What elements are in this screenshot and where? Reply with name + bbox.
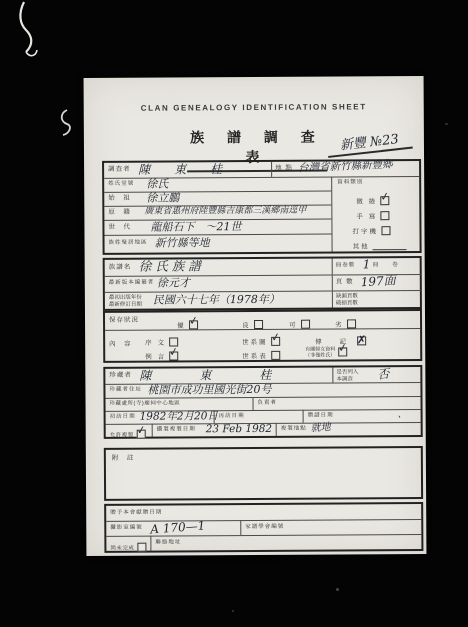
studio-number-label: 攝影室編號 <box>110 526 143 532</box>
women-data-line2: （非僅姓氏） <box>305 352 335 358</box>
checkbox <box>254 320 263 329</box>
checkbox <box>137 543 146 552</box>
other-fill-line <box>373 242 407 250</box>
scan-dot <box>445 123 448 125</box>
ancestor-value: 徐立鵬 <box>146 192 179 203</box>
row-publication-year: 最初出版年份 最新修訂日期 民國六十七年（1978年） <box>105 291 332 309</box>
material-other-option: 其他 <box>353 237 407 255</box>
content-lineage-chart-label: 世系圖 <box>242 339 268 346</box>
row-contents: 內 容 序 文 世系圖✓ 傳 記✗ 例 言✓ 世系表 有關婦女資料 （非僅姓氏）… <box>105 328 420 361</box>
compiler-label: 最新版本編纂者 <box>109 281 155 287</box>
checkbox: ✓ <box>137 430 146 439</box>
checkbox <box>271 351 280 360</box>
checkbox: ✓ <box>380 196 389 205</box>
checkbox: ✗ <box>357 337 366 346</box>
material-type-header: 資料類別 <box>337 180 363 186</box>
scanned-page: { "colors": { "background": "#040404", "… <box>0 0 468 627</box>
listed-label: 是否列入 本調查 <box>336 369 358 382</box>
material-type-panel: 資料類別 微 捲✓ 手 寫 打字機 其他 <box>331 176 420 252</box>
revisit-label: 再訪日期 <box>219 414 245 420</box>
checkmark: ✓ <box>136 423 147 437</box>
film-place-label: 複製地點 <box>281 427 307 433</box>
row-filming: 允許複製✓ 攝製複製日期 23 Feb 1982 複製地點 就地 <box>106 422 421 437</box>
manager-label: 負責者 <box>258 401 278 407</box>
generations-value: 龍船石下 ～21世 <box>150 221 241 233</box>
studio-number-value: A 170—1 <box>150 519 206 535</box>
section-identification: 調查者 陳 東 桂 地 點 台灣省新竹縣新豐鄉 姓氏堂號 徐氏 始 祖 徐立鵬 … <box>102 159 422 255</box>
missing-pages-label: 缺漏頁數 破損頁數 <box>336 293 358 306</box>
checkmark: ✓ <box>379 190 390 204</box>
checkbox <box>381 226 390 235</box>
premises-label: 珍藏處所(寺)廟祠中心地區 <box>110 401 181 407</box>
genealogy-title-label: 族譜名 <box>109 265 132 272</box>
pages-label: 頁 數 <box>336 279 354 286</box>
checkmark: ✓ <box>168 345 179 359</box>
material-other-label: 其他 <box>353 244 370 251</box>
origin-label: 原 籍 <box>108 210 131 217</box>
content-lineage-table-label: 世系表 <box>242 353 268 360</box>
surveyor-label: 調查者 <box>108 167 131 174</box>
section-condition-contents: 保存狀況 優✓ 良 可 劣 內 容 序 文 世系圖✓ 傳 記✗ <box>103 309 422 363</box>
scan-dot <box>232 610 234 612</box>
section-notes: 附 註 <box>104 446 423 501</box>
checkbox <box>347 320 356 329</box>
pubyear-label-line1: 最初出版年份 <box>109 295 142 302</box>
missing-label-line2: 破損頁數 <box>336 300 358 307</box>
volumes-suffix: 冊 卷 <box>373 263 399 269</box>
place-value: 台灣省新竹縣新豐鄉 <box>298 160 393 174</box>
checkbox <box>380 211 389 220</box>
permission-option: 允許複製✓ <box>110 426 146 444</box>
incomplete-label: 尚未完成 <box>110 546 134 552</box>
pubyear-value: 民國六十七年（1978年） <box>153 294 280 306</box>
generations-label: 世 代 <box>108 225 131 232</box>
clan-area-label: 族姓聚居地區 <box>109 241 148 247</box>
first-visit-value: 1982年2月20日 <box>140 411 218 422</box>
checkbox: ✓ <box>271 337 280 346</box>
listed-label-line1: 是否列入 <box>336 369 358 376</box>
holder-value: 陳 東 桂 <box>139 369 279 382</box>
origin-value: 廣東省惠州府陸豐縣吉康都三溪鄉南逕甲 <box>144 207 306 217</box>
row-missing-pages: 缺漏頁數 破損頁數 <box>333 290 421 308</box>
checkbox <box>301 320 310 329</box>
checkmark: ✓ <box>337 341 348 355</box>
checkmark: ✓ <box>270 330 281 344</box>
first-visit-label: 初訪日期 <box>110 415 136 421</box>
contents-label: 內 容 <box>109 342 132 349</box>
content-foreword-option: 例 言✓ <box>145 347 178 365</box>
form-sheet: CLAN GENEALOGY IDENTIFICATION SHEET 族 譜 … <box>84 76 427 556</box>
holder-label: 珍藏者 <box>109 373 132 380</box>
holder-address-value: 桃園市成功里國光街20号 <box>147 384 271 396</box>
content-women-data-option: 有關婦女資料 （非僅姓氏） ✓ <box>305 343 347 361</box>
film-date-value: 23 Feb 1982 <box>206 424 272 435</box>
missing-label-line1: 缺漏頁數 <box>336 293 358 300</box>
contact-address-label: 聯絡地址 <box>155 540 181 546</box>
film-place-value: 就地 <box>310 423 331 434</box>
checkbox: ✓ <box>338 348 347 357</box>
row-clan-area: 族姓聚居地區 新竹縣等地 <box>105 234 332 253</box>
society-number-label: 家譜學會編號 <box>245 525 284 531</box>
compiler-value: 徐元才 <box>157 277 190 288</box>
content-preface-label: 序 文 <box>145 340 166 347</box>
society-donation-label: 贈予本會獻贈日期 <box>110 511 162 517</box>
serial-number-handwriting: 新豐 №23 <box>339 132 399 153</box>
holder-address-label: 珍藏者住址 <box>109 388 142 394</box>
checkmark: ✓ <box>187 314 198 328</box>
checkmark: ✗ <box>357 334 366 347</box>
volume-page-panel: 冊卷數 1 冊 卷 頁 數 197面 缺漏頁數 破損頁數 <box>332 258 421 308</box>
content-lineage-table-option: 世系表 <box>242 347 280 365</box>
donation-tick-mark: 、 <box>398 411 407 420</box>
scan-scratch-topleft <box>10 0 60 70</box>
row-pages: 頁 數 197面 <box>333 274 421 292</box>
surname-label: 姓氏堂號 <box>108 182 134 188</box>
film-date-label: 攝製複製日期 <box>157 427 196 433</box>
row-volumes: 冊卷數 1 冊 卷 <box>333 258 421 276</box>
material-typewritten-label: 打字機 <box>352 229 378 236</box>
checkbox: ✓ <box>169 352 178 361</box>
material-handwritten-label: 手 寫 <box>356 214 377 221</box>
section-genealogy-info: 族譜名 徐氏族譜 最新版本編纂者 徐元才 最初出版年份 最新修訂日期 民國六十七… <box>103 256 422 311</box>
donation-date-label: 贈譜日期 <box>308 414 334 420</box>
scan-scratch-left <box>55 108 79 138</box>
checkbox: ✓ <box>189 321 198 330</box>
place-label: 地 點 <box>275 166 293 173</box>
clan-area-value: 新竹縣等地 <box>155 237 210 248</box>
scan-dot <box>336 588 339 591</box>
material-microfilm-label: 微 捲 <box>356 199 377 206</box>
genealogy-title-value: 徐氏族譜 <box>139 260 205 273</box>
permission-label: 允許複製 <box>110 433 134 439</box>
row-incomplete: 尚未完成 聯絡地址 <box>106 534 421 551</box>
listed-value: 否 <box>377 368 390 381</box>
form-english-title: CLAN GENEALOGY IDENTIFICATION SHEET <box>84 102 424 113</box>
surveyor-value: 陳 東 桂 <box>138 163 228 176</box>
incomplete-option: 尚未完成 <box>110 539 146 557</box>
volumes-value: 1 <box>363 258 371 270</box>
condition-label: 保存狀況 <box>109 318 139 325</box>
volumes-label: 冊卷數 <box>336 263 356 269</box>
surname-value: 徐氏 <box>146 179 168 190</box>
section-holder-filming: 珍藏者 陳 東 桂 是否列入 本調查 否 珍藏者住址 桃園市成功里國光街20号 … <box>103 365 422 439</box>
ancestor-label: 始 祖 <box>108 196 131 203</box>
section-office-use: 贈予本會獻贈日期 攝影室編號 A 170—1 家譜學會編號 尚未完成 聯絡地址 <box>104 502 423 553</box>
serial-number-note: 新豐 №23 <box>326 129 413 158</box>
pubyear-label: 最初出版年份 最新修訂日期 <box>109 295 142 308</box>
content-women-data-label: 有關婦女資料 （非僅姓氏） <box>305 346 335 358</box>
pubyear-label-line2: 最新修訂日期 <box>109 301 142 308</box>
notes-label: 附 註 <box>112 456 135 463</box>
pages-value: 197面 <box>360 274 396 288</box>
content-foreword-label: 例 言 <box>145 354 166 361</box>
